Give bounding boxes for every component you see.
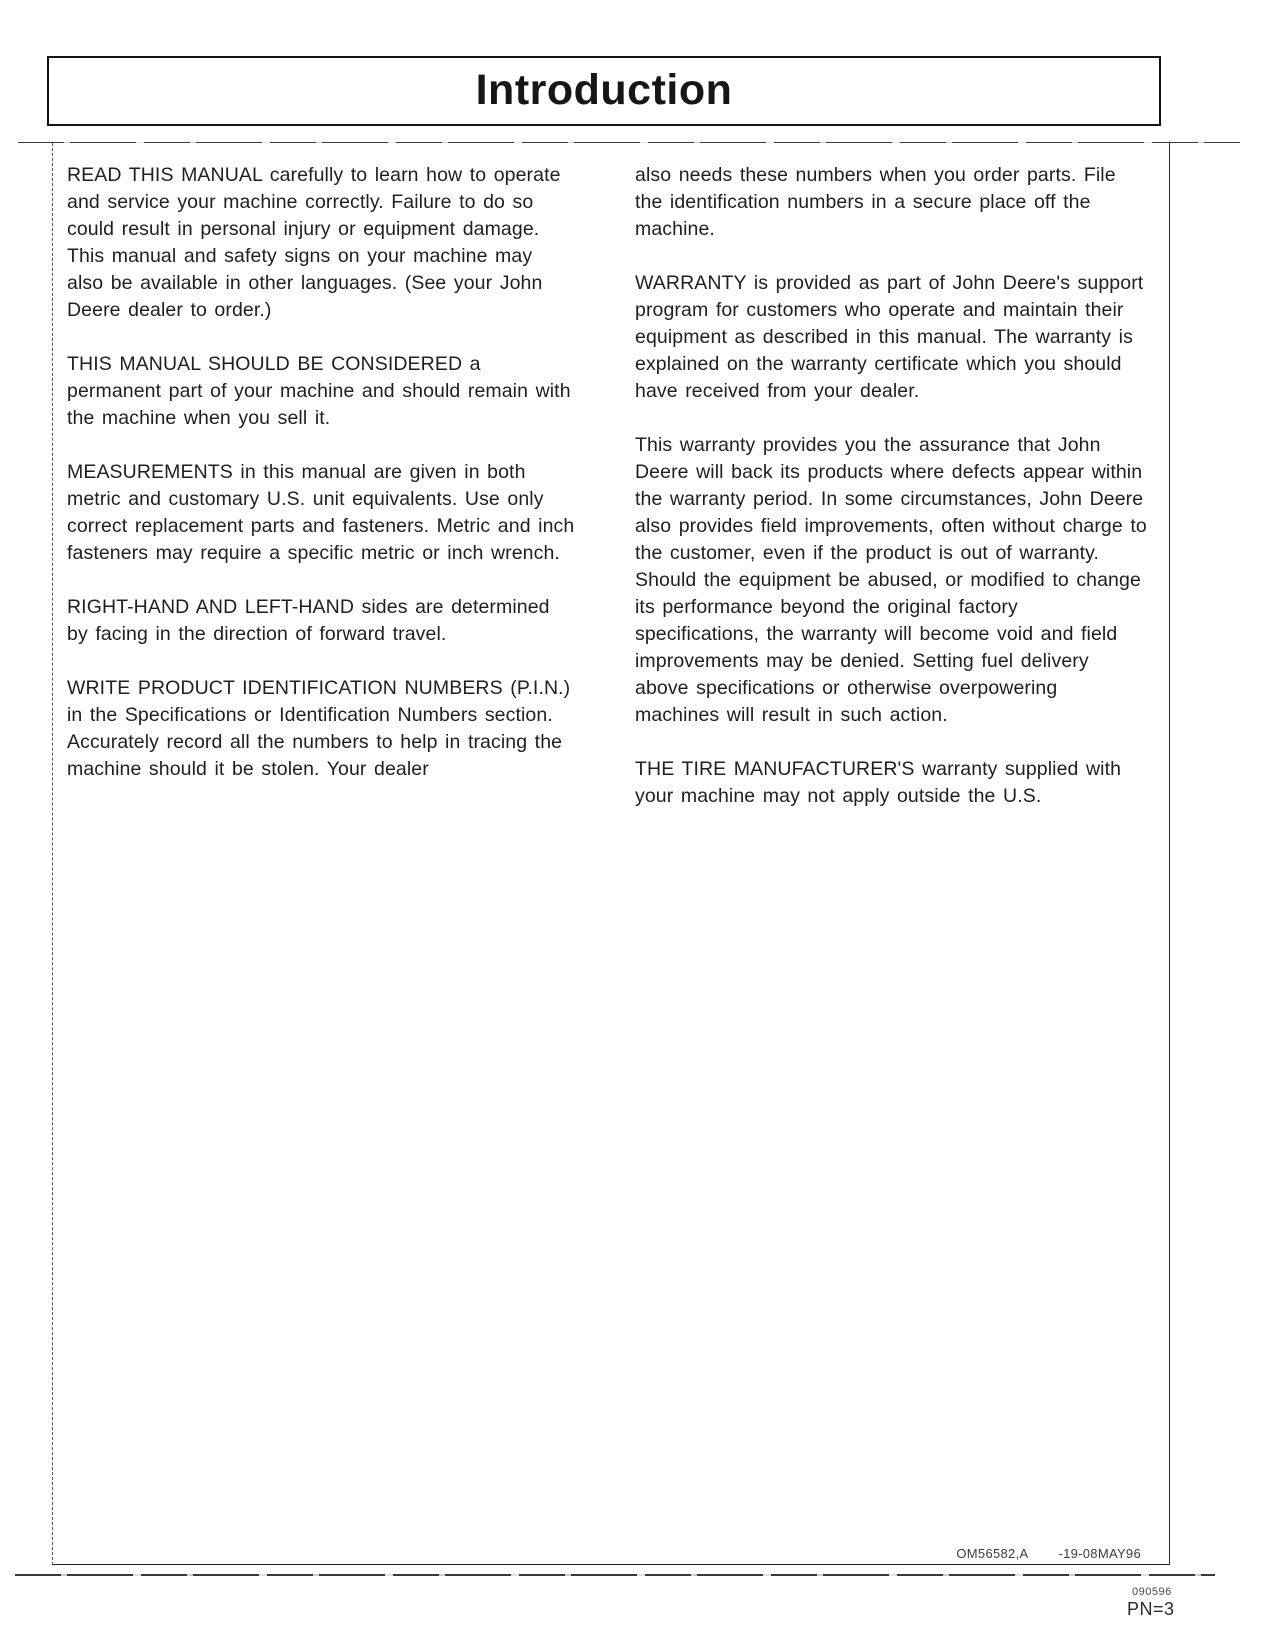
paragraph-warranty-assurance: This warranty provides you the assurance… bbox=[635, 432, 1149, 729]
print-code: 090596 bbox=[1132, 1586, 1172, 1598]
document-code: OM56582,A bbox=[956, 1546, 1028, 1561]
document-date: -19-08MAY96 bbox=[1058, 1546, 1141, 1561]
page-number: PN=3 bbox=[1127, 1599, 1175, 1620]
paragraph-read-this-manual: READ THIS MANUAL carefully to learn how … bbox=[67, 162, 575, 324]
two-column-layout: READ THIS MANUAL carefully to learn how … bbox=[53, 143, 1169, 837]
paragraph-right-left-hand: RIGHT-HAND AND LEFT-HAND sides are deter… bbox=[67, 594, 575, 648]
paragraph-warranty: WARRANTY is provided as part of John Dee… bbox=[635, 270, 1149, 405]
right-column: also needs these numbers when you order … bbox=[635, 162, 1149, 837]
paragraph-write-pin: WRITE PRODUCT IDENTIFICATION NUMBERS (P.… bbox=[67, 675, 575, 783]
page-title: Introduction bbox=[476, 66, 733, 115]
paragraph-pin-continued: also needs these numbers when you order … bbox=[635, 162, 1149, 243]
document-stamp: OM56582,A-19-08MAY96 bbox=[956, 1546, 1141, 1561]
paragraph-tire-manufacturer: THE TIRE MANUFACTURER'S warranty supplie… bbox=[635, 756, 1149, 810]
left-column: READ THIS MANUAL carefully to learn how … bbox=[67, 162, 575, 837]
content-area: READ THIS MANUAL carefully to learn how … bbox=[52, 143, 1170, 1565]
paragraph-measurements: MEASUREMENTS in this manual are given in… bbox=[67, 459, 575, 567]
footer-divider-line bbox=[15, 1574, 1215, 1576]
manual-page: Introduction READ THIS MANUAL carefully … bbox=[0, 0, 1275, 1650]
paragraph-manual-considered: THIS MANUAL SHOULD BE CONSIDERED a perma… bbox=[67, 351, 575, 432]
page-header: Introduction bbox=[47, 56, 1161, 126]
